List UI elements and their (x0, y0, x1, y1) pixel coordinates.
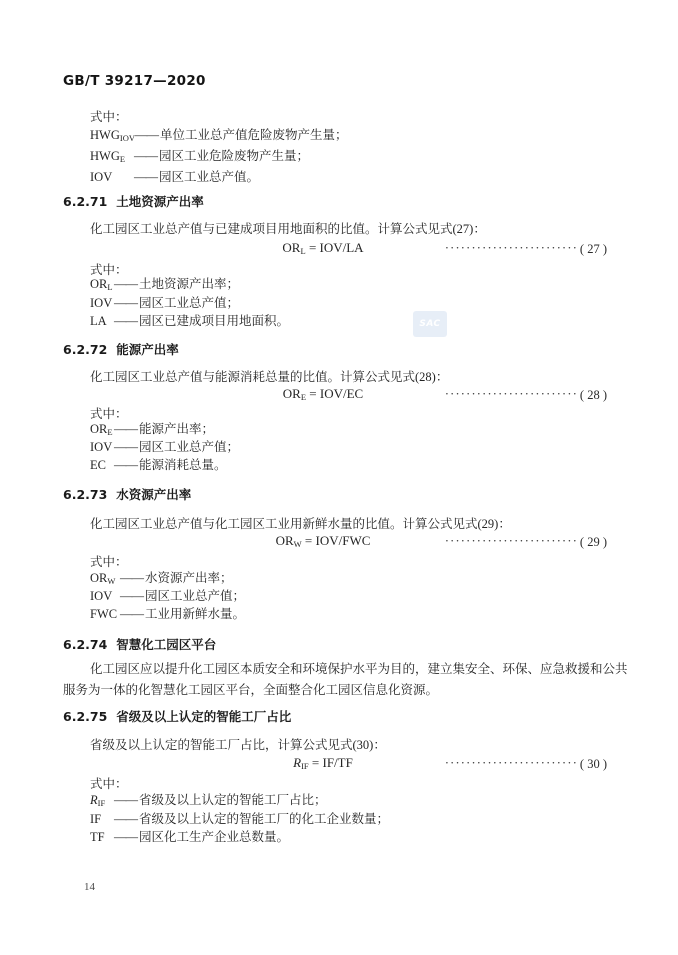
leader-dots: ························· (445, 533, 578, 548)
definition-item: IF——省级及以上认定的智能工厂的化工企业数量； (90, 810, 389, 829)
definition-desc: 园区化工生产企业总数量。 (139, 830, 289, 844)
definition-list: RIF——省级及以上认定的智能工厂占比； IF——省级及以上认定的智能工厂的化工… (90, 791, 389, 847)
definition-list: ORW——水资源产出率； IOV——园区工业总产值； FWC——工业用新鲜水量。 (90, 569, 245, 623)
definition-item: EC——能源消耗总量。 (90, 456, 239, 474)
formula-number: ( 29 ) (580, 535, 607, 549)
section-body: 省级及以上认定的智能工厂占比，计算公式见式(30)： (90, 735, 386, 753)
definition-dash: —— (114, 440, 137, 454)
definition-item: TF——园区化工生产企业总数量。 (90, 828, 389, 847)
section-number: 6.2.74 (63, 637, 107, 652)
where-label: 式中： (90, 774, 128, 792)
section-title: 土地资源产出率 (116, 194, 204, 209)
definition-dash: —— (114, 422, 137, 436)
section-heading: 6.2.71土地资源产出率 (63, 192, 204, 210)
formula-reference: ·························( 29 ) (445, 533, 607, 550)
section-number: 6.2.71 (63, 194, 107, 209)
definition-term: HWGIOV (90, 125, 135, 146)
definition-dash: —— (114, 296, 137, 310)
definition-item: HWGIOV——单位工业总产值危险废物产生量； (90, 125, 347, 146)
definition-term: TF (90, 828, 114, 847)
definition-desc: 土地资源产出率； (139, 277, 239, 291)
section-heading: 6.2.72能源产出率 (63, 340, 179, 358)
formula-row: ORW = IOV/FWC ·························(… (63, 533, 607, 552)
document-header: GB/T 39217—2020 (63, 73, 206, 89)
definition-desc: 水资源产出率； (145, 571, 233, 585)
definition-item: LA——园区已建成项目用地面积。 (90, 312, 289, 331)
definition-desc: 园区工业总产值； (139, 296, 239, 310)
definition-term: HWGE (90, 146, 134, 167)
section-body: 化工园区工业总产值与已建成项目用地面积的比值。计算公式见式(27)： (90, 219, 486, 237)
formula-reference: ·························( 28 ) (445, 386, 607, 403)
section-heading: 6.2.74智慧化工园区平台 (63, 635, 216, 653)
definition-item: ORW——水资源产出率； (90, 569, 245, 587)
section-title: 智慧化工园区平台 (116, 637, 216, 652)
definition-list: ORE——能源产出率； IOV——园区工业总产值； EC——能源消耗总量。 (90, 420, 239, 474)
definition-item: IOV——园区工业总产值。 (90, 167, 347, 188)
definition-term: RIF (90, 791, 114, 810)
section-number: 6.2.72 (63, 342, 107, 357)
definition-dash: —— (120, 571, 143, 585)
definition-desc: 园区工业危险废物产生量； (159, 149, 309, 163)
section-body: 化工园区工业总产值与化工园区工业用新鲜水量的比值。计算公式见式(29)： (90, 514, 511, 532)
formula-number: ( 27 ) (580, 242, 607, 256)
definition-desc: 单位工业总产值危险废物产生量； (160, 128, 348, 142)
section-heading: 6.2.75省级及以上认定的智能工厂占比 (63, 707, 291, 725)
formula-reference: ·························( 30 ) (445, 755, 607, 772)
definition-desc: 园区工业总产值； (139, 440, 239, 454)
leader-dots: ························· (445, 386, 578, 401)
section-title: 省级及以上认定的智能工厂占比 (116, 709, 291, 724)
definition-item: RIF——省级及以上认定的智能工厂占比； (90, 791, 389, 810)
definition-dash: —— (114, 314, 137, 328)
section-number: 6.2.73 (63, 487, 107, 502)
definition-list: ORL——土地资源产出率； IOV——园区工业总产值； LA——园区已建成项目用… (90, 275, 289, 331)
definition-dash: —— (134, 170, 157, 184)
definition-desc: 园区工业总产值； (145, 589, 245, 603)
definition-item: HWGE——园区工业危险废物产生量； (90, 146, 347, 167)
section-heading: 6.2.73水资源产出率 (63, 485, 191, 503)
formula-row: ORL = IOV/LA ·························( … (63, 240, 607, 259)
where-label: 式中： (90, 107, 128, 125)
leader-dots: ························· (445, 755, 578, 770)
definition-dash: —— (114, 830, 137, 844)
definition-desc: 省级及以上认定的智能工厂占比； (139, 793, 327, 807)
definition-dash: —— (114, 812, 137, 826)
definition-item: ORL——土地资源产出率； (90, 275, 289, 294)
definition-term: EC (90, 456, 114, 474)
section-body: 化工园区工业总产值与能源消耗总量的比值。计算公式见式(28)： (90, 367, 448, 385)
definition-term: ORL (90, 275, 114, 294)
definition-dash: —— (114, 458, 137, 472)
definition-dash: —— (114, 277, 137, 291)
definition-term: IOV (90, 167, 134, 188)
definition-term: FWC (90, 605, 120, 623)
section-title: 能源产出率 (116, 342, 179, 357)
definition-desc: 工业用新鲜水量。 (145, 607, 245, 621)
definition-term: ORW (90, 569, 120, 587)
definition-list: HWGIOV——单位工业总产值危险废物产生量； HWGE——园区工业危险废物产生… (90, 125, 347, 188)
paragraph-line: 化工园区应以提升化工园区本质安全和环境保护水平为目的，建立集安全、环保、应急救援… (63, 659, 623, 680)
definition-desc: 园区工业总产值。 (159, 170, 259, 184)
formula-number: ( 30 ) (580, 757, 607, 771)
definition-item: ORE——能源产出率； (90, 420, 239, 438)
page-number: 14 (84, 881, 95, 893)
formula-row: ORE = IOV/EC ·························( … (63, 386, 607, 405)
definition-dash: —— (135, 128, 158, 142)
leader-dots: ························· (445, 240, 578, 255)
definition-desc: 园区已建成项目用地面积。 (139, 314, 289, 328)
section-paragraph: 化工园区应以提升化工园区本质安全和环境保护水平为目的，建立集安全、环保、应急救援… (63, 659, 623, 700)
definition-dash: —— (120, 589, 143, 603)
definition-term: IOV (90, 438, 114, 456)
definition-item: IOV——园区工业总产值； (90, 587, 245, 605)
definition-dash: —— (134, 149, 157, 163)
definition-term: IOV (90, 587, 120, 605)
formula-number: ( 28 ) (580, 388, 607, 402)
paragraph-line: 服务为一体的化智慧化工园区平台，全面整合化工园区信息化资源。 (63, 680, 623, 701)
definition-desc: 省级及以上认定的智能工厂的化工企业数量； (139, 812, 389, 826)
definition-item: IOV——园区工业总产值； (90, 294, 289, 313)
definition-term: LA (90, 312, 114, 331)
definition-desc: 能源产出率； (139, 422, 214, 436)
definition-term: ORE (90, 420, 114, 438)
definition-term: IF (90, 810, 114, 829)
definition-item: FWC——工业用新鲜水量。 (90, 605, 245, 623)
definition-dash: —— (120, 607, 143, 621)
definition-term: IOV (90, 294, 114, 313)
definition-desc: 能源消耗总量。 (139, 458, 227, 472)
formula-reference: ·························( 27 ) (445, 240, 607, 257)
sac-watermark-logo: SAC (413, 311, 447, 337)
formula-row: RIF = IF/TF ·························( 3… (63, 755, 607, 774)
document-page: GB/T 39217—2020 式中： HWGIOV——单位工业总产值危险废物产… (0, 0, 678, 955)
section-number: 6.2.75 (63, 709, 107, 724)
definition-item: IOV——园区工业总产值； (90, 438, 239, 456)
where-label: 式中： (90, 552, 128, 570)
section-title: 水资源产出率 (116, 487, 191, 502)
definition-dash: —— (114, 793, 137, 807)
